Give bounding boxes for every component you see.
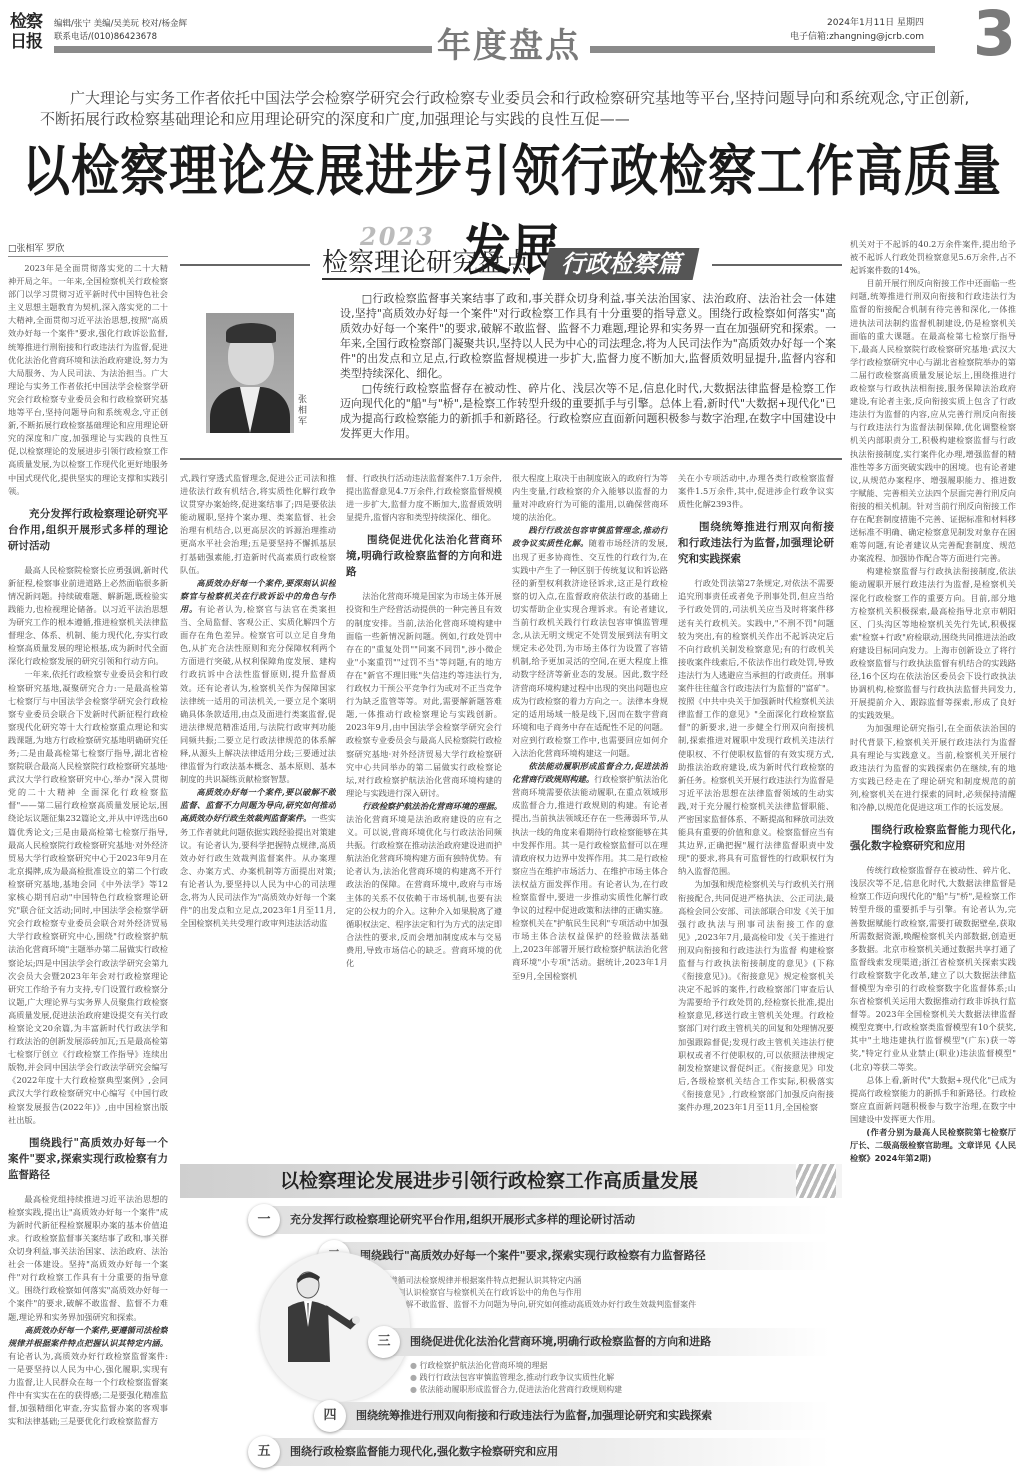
column-6: 机关对于不起诉的40.2万余件案件,提出给予被不起诉人行政处罚检察意见5.6万余… xyxy=(850,238,1016,1473)
editor-info: 编辑/张宁 美编/吴美玩 校对/杨金辉 联系电话/(010)86423678 xyxy=(54,18,187,44)
item-number: 三 xyxy=(368,1326,400,1358)
item-text: 充分发挥行政检察理论研究平台作用,组织开展形式多样的理论研讨活动 xyxy=(290,1206,635,1234)
bullet: 依法能动履职形成监督合力,促进法治化营商行政规则构建 xyxy=(410,1384,622,1396)
paragraph: 行政检察护航法治化营商环境的理据。法治化营商环境是法治政府建设的应有之义。可以说… xyxy=(346,800,502,970)
emphasis: 行政检察护航法治化营商环境的理据。 xyxy=(362,801,502,811)
paragraph: 很大程度上取决于由制度嵌入的政府行为等内生变量,行政检察的介入能够以监督的力量对… xyxy=(512,472,668,524)
author-photo xyxy=(206,313,294,433)
item-text: 围绕行政检察监督能力现代化,强化数字检察研究和应用 xyxy=(290,1438,558,1466)
column-3: 督、行政执行活动违法监督案件7.1万余件,提出监督意见4.7万余件,行政检察监督… xyxy=(346,472,502,1155)
date-info: 2024年1月11日 星期四 电子信箱:zhangning@jcrb.com xyxy=(790,16,924,44)
bullet: 践行行政法包容审慎监管理念,推动行政争议实质性化解 xyxy=(410,1372,622,1384)
paragraph: 高质效办好每一个案件,要深刻认识检察官与检察机关在行政诉讼中的角色与作用。有论者… xyxy=(180,577,336,787)
infographic-item-2: 二 围绕践行"高质效办好每一个案件"要求,探索实现行政检察有力监督路径 xyxy=(320,1242,830,1270)
paragraph-text: 有论者认为,检察官与法官在类案担当、全局监督、客观公正、实质化解四个方面存在角色… xyxy=(180,604,336,784)
paragraph: 行政处罚法第27条规定,对依法不需要追究刑事责任或者免予刑事处罚,但应当给予行政… xyxy=(678,577,834,878)
bullet: 以破解不敢监督、监督不力问题为导向,研究如何推动高质效办好行政生效裁判监督案件 xyxy=(380,1299,696,1311)
box-rule-right xyxy=(712,264,842,266)
box-tag: 行政检察篇 xyxy=(543,248,700,280)
item-2-bullets: 遵循司法检察规律并根据案件特点把握认识其特定内涵 深刻认识检察官与检察机关在行政… xyxy=(380,1275,696,1311)
item-number: 一 xyxy=(248,1204,280,1236)
paragraph: 高质效办好每一个案件,要以破解不敢监督、监督不力问题为导向,研究如何推动高质效办… xyxy=(180,786,336,930)
deck-subtitle: 广大理论与实务工作者依托中国法学会检察学研究会行政检察专业委员会和行政检察研究基… xyxy=(40,88,984,130)
header-rule-left xyxy=(54,46,432,53)
box-summary: □行政检察监督事关案结事了政和,事关群众切身利益,事关法治国家、法治政府、法治社… xyxy=(340,291,836,441)
paragraph-text: 行政检察护航法治化营商环境需要依法能动履职,在重点领域形成监督合力,推进行政规则… xyxy=(512,774,668,980)
paragraph: 式,践行穿透式监督理念,促进公正司法和推进依法行政有机结合,将实质性化解行政争议… xyxy=(180,472,336,577)
editors: 编辑/张宁 美编/吴美玩 校对/杨金辉 xyxy=(54,18,187,31)
paragraph-text: 随着市场经济的发展,出现了更多协商性、交互性的行政行为,在实践中产生了一种区别于… xyxy=(512,538,668,758)
photo-caption: 张相军 xyxy=(298,395,310,428)
box-tag-text: 行政检察篇 xyxy=(546,248,696,280)
paragraph: 督、行政执行活动违法监督案件7.1万余件,提出监督意见4.7万余件,行政检察监督… xyxy=(346,472,502,524)
page-number: 3 xyxy=(973,2,1016,66)
emphasis: 高质效办好每一个案件,要遵循司法检察规律并根据案件特点把握认识其特定内涵。 xyxy=(8,1325,168,1348)
subheading-2: 围绕践行"高质效办好每一个案件"要求,探索实现行政检察有力监督路径 xyxy=(8,1135,168,1183)
paragraph: 依法能动履职形成监督合力,促进法治化营商行政规则构建。行政检察护航法治化营商环境… xyxy=(512,760,668,983)
infographic-item-3: 三 围绕促进优化法治化营商环境,明确行政检察监督的方向和进路 xyxy=(370,1328,830,1356)
issue-date: 2024年1月11日 星期四 xyxy=(790,16,924,30)
section-title: 年度盘点 xyxy=(437,18,581,67)
author-note: (作者分别为最高人民检察院第七检察厅厅长、二级高级检察官助理。文章详见《人民检察… xyxy=(850,1126,1016,1165)
paragraph: 践行行政法包容审慎监管理念,推动行政争议实质性化解。随着市场经济的发展,出现了更… xyxy=(512,524,668,760)
column-2: 式,践行穿透式监督理念,促进公正司法和推进依法行政有机结合,将实质性化解行政争议… xyxy=(180,472,336,1155)
newspaper-logo: 检察日报 xyxy=(10,12,54,56)
paragraph-text: 法治化营商环境是法治政府建设的应有之义。可以说,营商环境优化与行政法治同频共振。… xyxy=(346,814,502,968)
byline-rule xyxy=(8,256,168,257)
column-1: 2023年是全面贯彻落实党的二十大精神开局之年。一年来,全国检察机关行政检察部门… xyxy=(8,262,168,1473)
paragraph: 最高人民检察院检察长应勇强调,新时代新征程,检察事业前进道路上必然面临很多新情况… xyxy=(8,564,168,669)
box-paragraph: □行政检察监督事关案结事了政和,事关群众切身利益,事关法治国家、法治政府、法治社… xyxy=(340,291,836,381)
column-4: 很大程度上取决于由制度嵌入的政府行为等内生变量,行政检察的介入能够以监督的力量对… xyxy=(512,472,668,1155)
slash-decoration xyxy=(796,1164,836,1198)
item-number: 四 xyxy=(314,1400,346,1432)
subheading-5: 围绕行政检察监督能力现代化,强化数字检察研究和应用 xyxy=(850,822,1016,854)
box-title: 检察理论研究盘点 xyxy=(322,248,530,280)
infographic: 以检察理论发展进步引领行政检察工作高质量发展 一 充分发挥行政检察理论研究平台作… xyxy=(180,1162,842,1473)
infographic-item-1: 一 充分发挥行政检察理论研究平台作用,组织开展形式多样的理论研讨活动 xyxy=(250,1206,830,1234)
paragraph: 总体上看,新时代"大数据+现代化"已成为提高行政检察能力的新抓手和新路径。行政检… xyxy=(850,1074,1016,1126)
paragraph: 法治化营商环境是国家为市场主体开展投资和生产经营活动提供的一种完善且有效的制度安… xyxy=(346,590,502,800)
paragraph-text: 有论者认为,高质效办好行政检察监督案件:一是要坚持以人民为中心,强化履职,实现有… xyxy=(8,1351,168,1426)
paragraph: 机关对于不起诉的40.2万余件案件,提出给予被不起诉人行政处罚检察意见5.6万余… xyxy=(850,238,1016,277)
paragraph: 一年来,依托行政检察专业委员会和行政检察研究基地,凝聚研究合力:一是最高检第七检… xyxy=(8,668,168,1126)
photo-hair xyxy=(226,323,276,343)
intro-paragraph: 2023年是全面贯彻落实党的二十大精神开局之年。一年来,全国检察机关行政检察部门… xyxy=(8,262,168,498)
header-rule-right xyxy=(590,46,935,53)
infographic-title: 以检察理论发展进步引领行政检察工作高质量发展 xyxy=(280,1164,698,1198)
box-rule-bottom xyxy=(180,458,842,460)
paragraph: 为加强和规范检察机关与行政机关行刑衔接配合,共同促进严格执法、公正司法,最高检会… xyxy=(678,878,834,1114)
box-year: 2023 xyxy=(360,225,435,249)
paragraph: 目前开展行刑反向衔接工作中还面临一些问题,统筹推进行刑双向衔接和行政违法行为监督… xyxy=(850,277,1016,565)
paragraph: 高质效办好每一个案件,要遵循司法检察规律并根据案件特点把握认识其特定内涵。有论者… xyxy=(8,1324,168,1429)
paragraph-text: 一些实务工作者就此问题依据实践经验提出对策建议。有论者认为,要科学把握特点规律,… xyxy=(180,813,336,928)
paragraph: 构建检察监督与行政执法衔接制度,依法能动履职开展行政违法行为监督,是检察机关深化… xyxy=(850,565,1016,722)
item-number: 五 xyxy=(248,1436,280,1468)
subheading-4: 围绕统筹推进行刑双向衔接和行政违法行为监督,加强理论研究和实践探索 xyxy=(678,519,834,567)
paragraph: 关在小专项活动中,办理各类行政检察监督案件1.5万余件,其中,促进涉企行政争议实… xyxy=(678,472,834,511)
byline: □张相军 罗欣 xyxy=(8,241,64,254)
bullet: 行政检察护航法治化营商环境的理据 xyxy=(410,1360,622,1372)
subheading-3: 围绕促进优化法治化营商环境,明确行政检察监督的方向和进路 xyxy=(346,532,502,580)
box-rule-left xyxy=(180,264,310,266)
item-text: 围绕践行"高质效办好每一个案件"要求,探索实现行政检察有力监督路径 xyxy=(360,1242,706,1270)
infographic-banner: 以检察理论发展进步引领行政检察工作高质量发展 xyxy=(180,1164,842,1198)
item-text: 围绕统筹推进行刑双向衔接和行政违法行为监督,加强理论研究和实践探索 xyxy=(356,1402,712,1430)
email[interactable]: 电子信箱:zhangning@jcrb.com xyxy=(790,30,924,44)
presenter-figure-icon xyxy=(280,1267,360,1367)
bullet: 深刻认识检察官与检察机关在行政诉讼中的角色与作用 xyxy=(380,1287,696,1299)
item-3-bullets: 行政检察护航法治化营商环境的理据 践行行政法包容审慎监管理念,推动行政争议实质性… xyxy=(410,1360,622,1396)
bullet: 遵循司法检察规律并根据案件特点把握认识其特定内涵 xyxy=(380,1275,696,1287)
column-5: 关在小专项活动中,办理各类行政检察监督案件1.5万余件,其中,促进涉企行政争议实… xyxy=(678,472,834,1155)
box-paragraph: □传统行政检察监督存在被动性、碎片化、浅层次等不足,信息化时代,大数据法律监督是… xyxy=(340,381,836,441)
paragraph: 传统行政检察监督存在被动性、碎片化、浅层次等不足,信息化时代,大数据法律监督是检… xyxy=(850,864,1016,1074)
phone: 联系电话/(010)86423678 xyxy=(54,31,187,44)
subheading-1: 充分发挥行政检察理论研究平台作用,组织开展形式多样的理论研讨活动 xyxy=(8,506,168,554)
paragraph: 最高检党组持续推进习近平法治思想的检察实践,提出让"高质效办好每一个案件"成为新… xyxy=(8,1193,168,1324)
item-text: 围绕促进优化法治化营商环境,明确行政检察监督的方向和进路 xyxy=(410,1328,711,1356)
infographic-item-5: 五 围绕行政检察监督能力现代化,强化数字检察研究和应用 xyxy=(250,1438,830,1466)
paragraph: 为加强理论研究指引,在全面依法治国的时代背景下,检察机关开展行政违法行为监督具有… xyxy=(850,722,1016,814)
infographic-item-4: 四 围绕统筹推进行刑双向衔接和行政违法行为监督,加强理论研究和实践探索 xyxy=(316,1402,830,1430)
